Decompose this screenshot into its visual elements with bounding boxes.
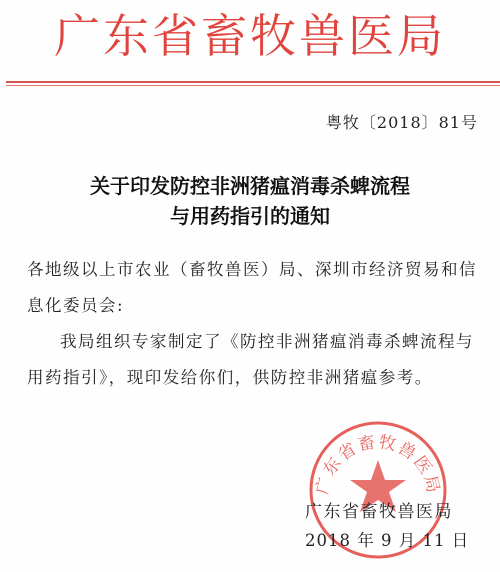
document-number: 粤牧〔2018〕81号 [326, 110, 478, 133]
masthead: 广东省畜牧兽医局 [0, 8, 500, 64]
red-rule-thick [6, 81, 500, 83]
document-title-line1: 关于印发防控非洲猪瘟消毒杀蜱流程 [0, 170, 500, 199]
body-paragraph: 我局组织专家制定了《防控非洲猪瘟消毒杀蜱流程与用药指引》，现印发给你们，供防控非… [27, 324, 477, 396]
document-title-line2: 与用药指引的通知 [0, 200, 500, 229]
issue-date: 2018 年 9 月 11 日 [305, 527, 469, 551]
red-rule-thin [6, 85, 500, 86]
addressee: 各地级以上市农业（畜牧兽医）局、深圳市经济贸易和信息化委员会: [27, 252, 477, 324]
issuer-signature: 广东省畜牧兽医局 [305, 497, 453, 522]
